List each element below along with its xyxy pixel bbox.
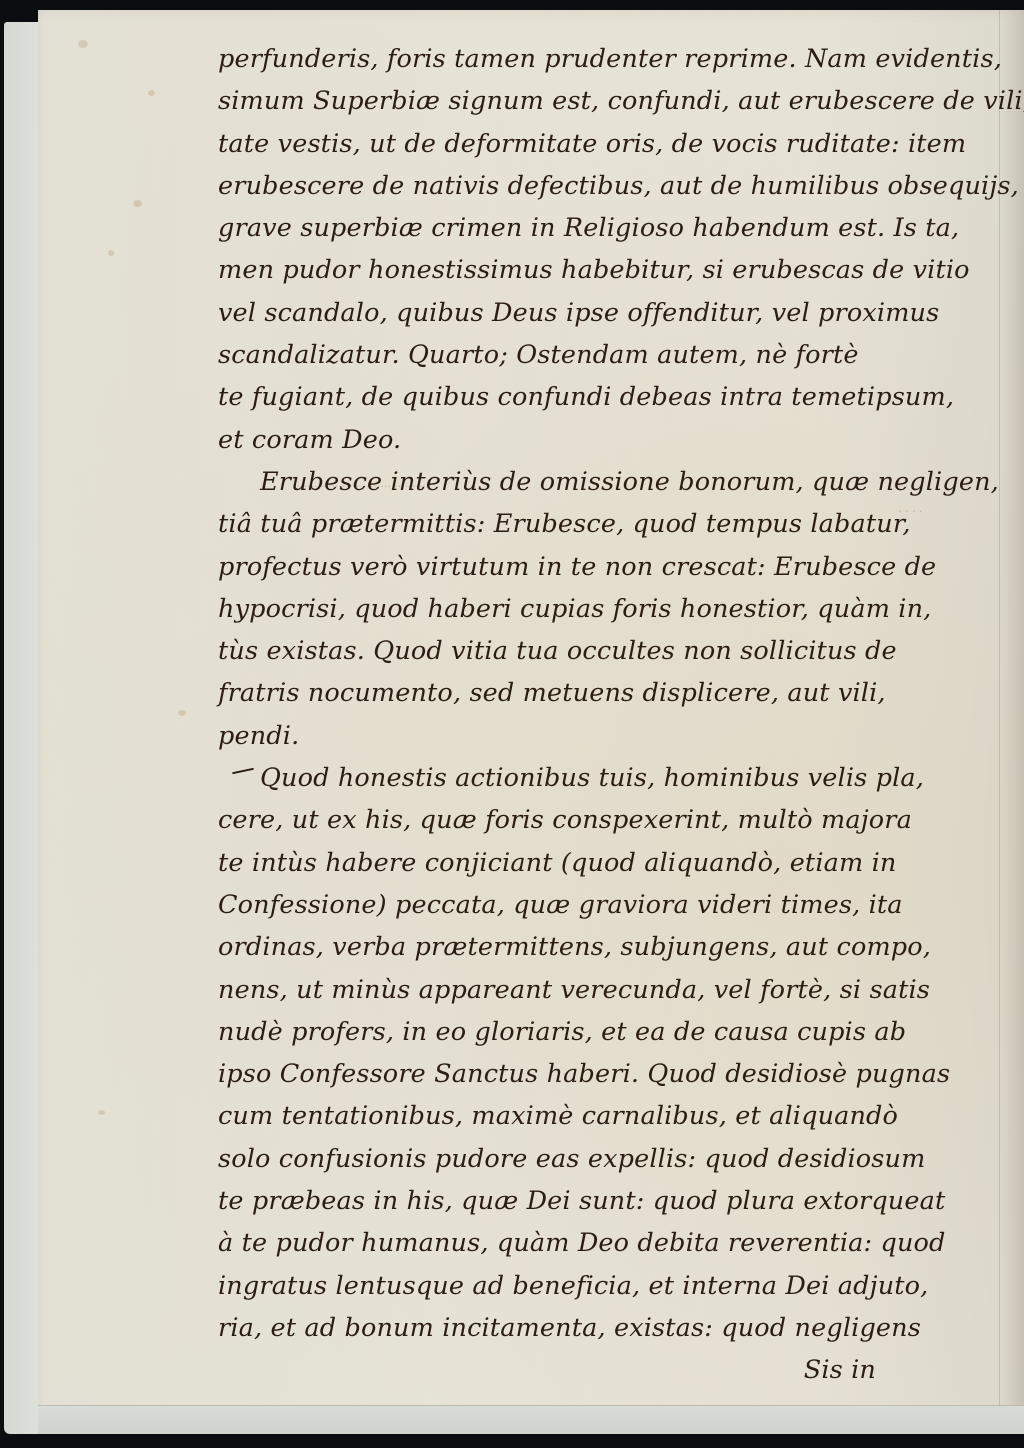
text-line: nudè profers, in eo gloriaris, et ea de … xyxy=(218,1011,988,1053)
text-line: scandalizatur. Quarto; Ostendam autem, n… xyxy=(218,334,988,376)
text-line: ordinas, verba prætermittens, subjungens… xyxy=(218,926,988,968)
text-line: vel scandalo, quibus Deus ipse offenditu… xyxy=(218,292,988,334)
text-line: ipso Confessore Sanctus haberi. Quod des… xyxy=(218,1053,988,1095)
foxing-spot xyxy=(108,250,114,256)
page-right-edge xyxy=(999,10,1024,1434)
text-line: erubescere de nativis defectibus, aut de… xyxy=(218,165,988,207)
text-line: pendi. xyxy=(218,715,988,757)
foxing-spot xyxy=(178,710,186,716)
catchword: Sis in xyxy=(218,1349,988,1391)
text-line: hypocrisi, quod haberi cupias foris hone… xyxy=(218,588,988,630)
foxing-spot xyxy=(148,90,155,96)
text-line: ingratus lentusque ad beneficia, et inte… xyxy=(218,1265,988,1307)
text-line-paragraph-start: Quod honestis actionibus tuis, hominibus… xyxy=(218,757,988,799)
foxing-spot xyxy=(133,200,142,207)
text-line: à te pudor humanus, quàm Deo debita reve… xyxy=(218,1222,988,1264)
manuscript-scan: ·········· ········ ········· ········· … xyxy=(0,0,1024,1448)
text-line: tiâ tuâ prætermittis: Erubesce, quod tem… xyxy=(218,503,988,545)
text-line: te præbeas in his, quæ Dei sunt: quod pl… xyxy=(218,1180,988,1222)
text-line: men pudor honestissimus habebitur, si er… xyxy=(218,249,988,291)
text-line: tate vestis, ut de deformitate oris, de … xyxy=(218,123,988,165)
text-line-paragraph-start: Erubesce interiùs de omissione bonorum, … xyxy=(218,461,988,503)
text-line: et coram Deo. xyxy=(218,419,988,461)
text-line: Confessione) peccata, quæ graviora vider… xyxy=(218,884,988,926)
page-bottom-fold xyxy=(38,1405,1024,1434)
text-line: ria, et ad bonum incitamenta, existas: q… xyxy=(218,1307,988,1349)
text-line: cere, ut ex his, quæ foris conspexerint,… xyxy=(218,799,988,841)
text-line: cum tentationibus, maximè carnalibus, et… xyxy=(218,1095,988,1137)
manuscript-text: perfunderis, foris tamen prudenter repri… xyxy=(218,38,988,1392)
foxing-spot xyxy=(98,1110,105,1115)
text-line: grave superbiæ crimen in Religioso haben… xyxy=(218,207,988,249)
text-line: fratris nocumento, sed metuens displicer… xyxy=(218,672,988,714)
text-line: te fugiant, de quibus confundi debeas in… xyxy=(218,376,988,418)
text-line: solo confusionis pudore eas expellis: qu… xyxy=(218,1138,988,1180)
text-line: te intùs habere conjiciant (quod aliquan… xyxy=(218,842,988,884)
text-line: simum Superbiæ signum est, confundi, aut… xyxy=(218,80,988,122)
text-line: profectus verò virtutum in te non cresca… xyxy=(218,546,988,588)
foxing-spot xyxy=(78,40,88,48)
text-line: tùs existas. Quod vitia tua occultes non… xyxy=(218,630,988,672)
text-line: perfunderis, foris tamen prudenter repri… xyxy=(218,38,988,80)
text-line: nens, ut minùs appareant verecunda, vel … xyxy=(218,969,988,1011)
